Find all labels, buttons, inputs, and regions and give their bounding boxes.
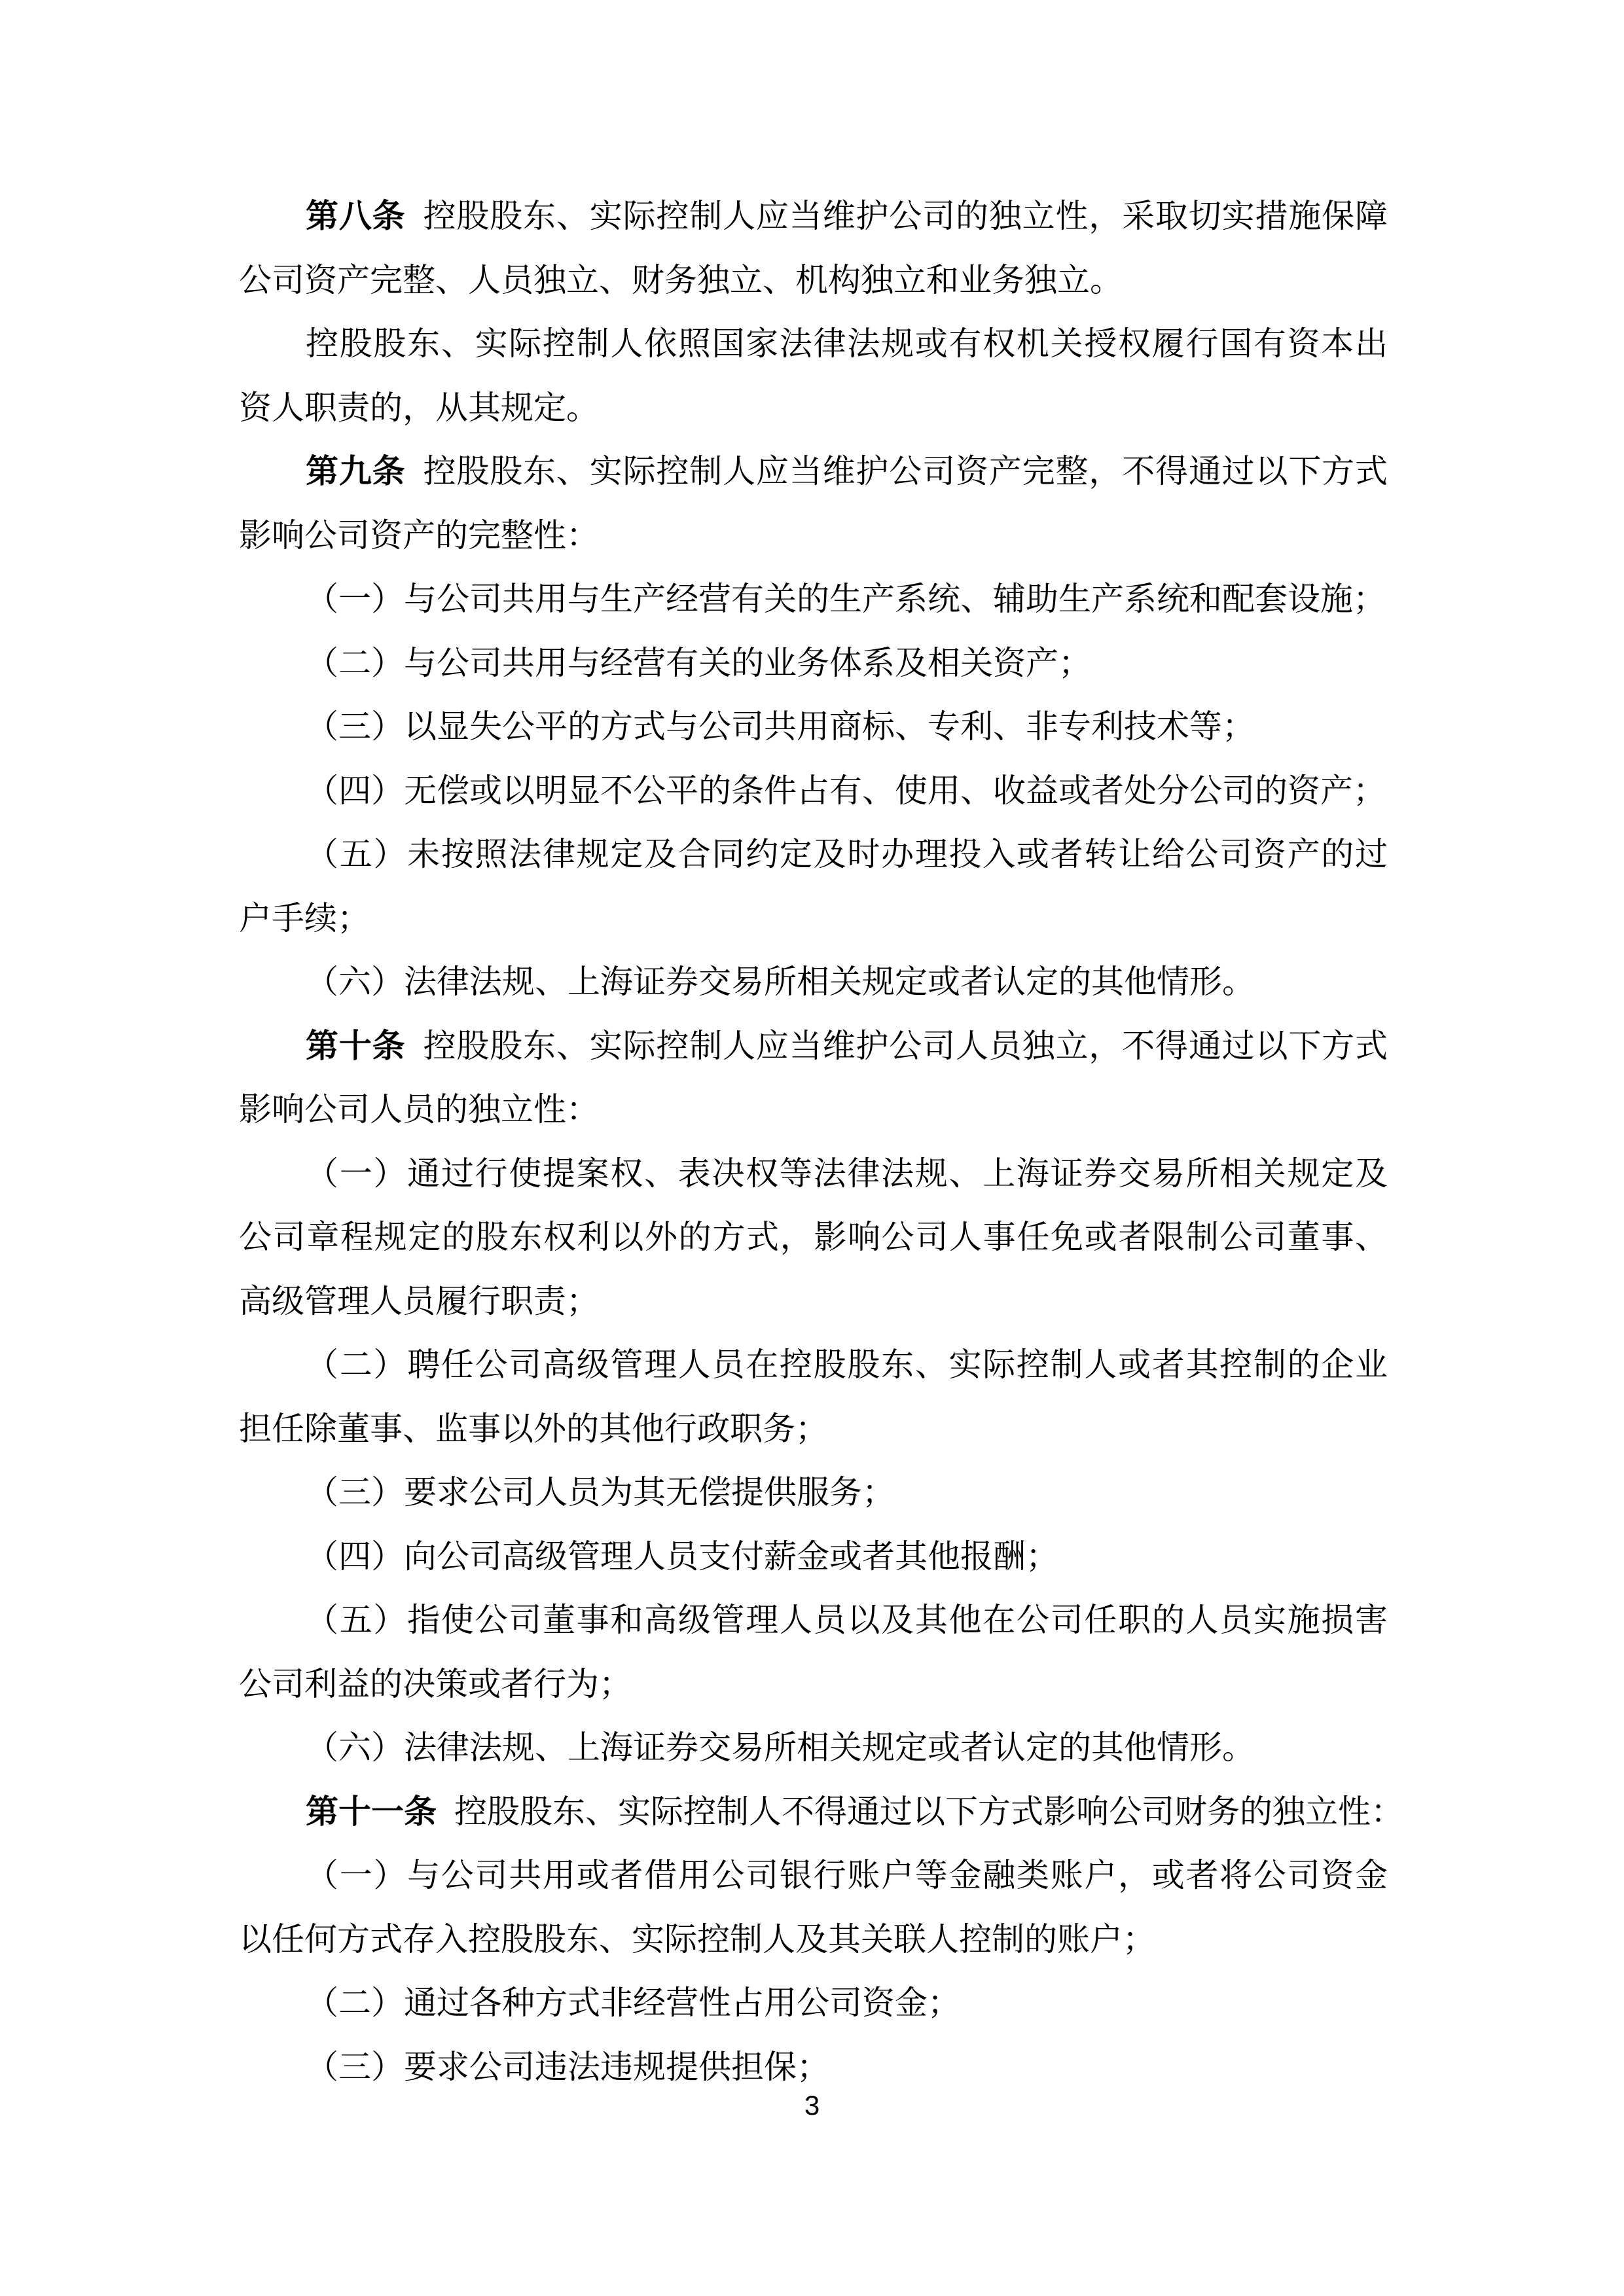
text-line: 公司章程规定的股东权利以外的方式，影响公司人事任免或者限制公司董事、 <box>239 1206 1388 1270</box>
text-line: （五）未按照法律规定及合同约定及时办理投入或者转让给公司资产的过 <box>239 823 1388 887</box>
text-line-content: （六）法律法规、上海证券交易所相关规定或者认定的其他情形。 <box>306 963 1255 1000</box>
document-page: 第八条控股股东、实际控制人应当维护公司的独立性，采取切实措施保障公司资产完整、人… <box>0 0 1624 2296</box>
text-line-content: （一）与公司共用与生产经营有关的生产系统、辅助生产系统和配套设施； <box>306 581 1386 617</box>
text-line-content: 控股股东、实际控制人应当维护公司人员独立，不得通过以下方式 <box>424 1028 1388 1064</box>
text-line-content: 公司利益的决策或者行为； <box>239 1666 632 1702</box>
text-line-content: 以任何方式存入控股股东、实际控制人及其关联人控制的账户； <box>239 1921 1155 1958</box>
text-line: 担任除董事、监事以外的其他行政职务； <box>239 1397 1388 1462</box>
text-line-content: （四）向公司高级管理人员支付薪金或者其他报酬； <box>306 1538 1058 1575</box>
text-line-content: 影响公司资产的完整性： <box>239 517 599 554</box>
text-line-content: （五）指使公司董事和高级管理人员以及其他在公司任职的人员实施损害 <box>306 1602 1388 1638</box>
text-line-content: （二）聘任公司高级管理人员在控股股东、实际控制人或者其控制的企业 <box>306 1346 1388 1383</box>
text-line: （一）与公司共用与生产经营有关的生产系统、辅助生产系统和配套设施； <box>239 567 1388 632</box>
article-number: 第十一条 <box>306 1793 437 1830</box>
text-line: 影响公司人员的独立性： <box>239 1078 1388 1142</box>
text-line: 影响公司资产的完整性： <box>239 504 1388 568</box>
text-line: 控股股东、实际控制人依照国家法律法规或有权机关授权履行国有资本出 <box>239 312 1388 376</box>
text-line: （三）以显失公平的方式与公司共用商标、专利、非专利技术等； <box>239 695 1388 759</box>
text-line-content: 控股股东、实际控制人不得通过以下方式影响公司财务的独立性： <box>454 1793 1403 1830</box>
text-line: 第十一条控股股东、实际控制人不得通过以下方式影响公司财务的独立性： <box>239 1780 1388 1844</box>
text-line-content: （二）通过各种方式非经营性占用公司资金； <box>306 1984 960 2021</box>
text-line-content: （三）要求公司人员为其无偿提供服务； <box>306 1474 895 1511</box>
text-line: 第八条控股股东、实际控制人应当维护公司的独立性，采取切实措施保障 <box>239 185 1388 249</box>
text-line-content: （二）与公司共用与经营有关的业务体系及相关资产； <box>306 645 1091 681</box>
text-line-content: 高级管理人员履行职责； <box>239 1283 599 1319</box>
text-line: 第九条控股股东、实际控制人应当维护公司资产完整，不得通过以下方式 <box>239 440 1388 504</box>
text-line: （五）指使公司董事和高级管理人员以及其他在公司任职的人员实施损害 <box>239 1588 1388 1653</box>
document-body: 第八条控股股东、实际控制人应当维护公司的独立性，采取切实措施保障公司资产完整、人… <box>239 185 1388 2099</box>
text-line-content: 控股股东、实际控制人应当维护公司资产完整，不得通过以下方式 <box>424 453 1388 490</box>
text-line: （六）法律法规、上海证券交易所相关规定或者认定的其他情形。 <box>239 950 1388 1014</box>
text-line: 资人职责的，从其规定。 <box>239 376 1388 440</box>
text-line-content: （一）通过行使提案权、表决权等法律法规、上海证券交易所相关规定及 <box>306 1155 1388 1192</box>
text-line-content: 影响公司人员的独立性： <box>239 1091 599 1128</box>
text-line: （四）无偿或以明显不公平的条件占有、使用、收益或者处分公司的资产； <box>239 759 1388 823</box>
text-line: （二）与公司共用与经营有关的业务体系及相关资产； <box>239 632 1388 696</box>
article-number: 第十条 <box>306 1028 406 1064</box>
text-line: 以任何方式存入控股股东、实际控制人及其关联人控制的账户； <box>239 1908 1388 1972</box>
text-line: （一）通过行使提案权、表决权等法律法规、上海证券交易所相关规定及 <box>239 1142 1388 1206</box>
text-line: 第十条控股股东、实际控制人应当维护公司人员独立，不得通过以下方式 <box>239 1014 1388 1079</box>
text-line-content: （三）以显失公平的方式与公司共用商标、专利、非专利技术等； <box>306 708 1255 745</box>
text-line: （一）与公司共用或者借用公司银行账户等金融类账户，或者将公司资金 <box>239 1844 1388 1908</box>
page-number: 3 <box>0 2092 1624 2119</box>
text-line-content: 公司章程规定的股东权利以外的方式，影响公司人事任免或者限制公司董事、 <box>239 1219 1388 1255</box>
text-line-content: （一）与公司共用或者借用公司银行账户等金融类账户，或者将公司资金 <box>306 1857 1388 1893</box>
text-line: （二）通过各种方式非经营性占用公司资金； <box>239 1971 1388 2036</box>
text-line: （二）聘任公司高级管理人员在控股股东、实际控制人或者其控制的企业 <box>239 1333 1388 1397</box>
text-line-content: （五）未按照法律规定及合同约定及时办理投入或者转让给公司资产的过 <box>306 836 1388 872</box>
text-line-content: （六）法律法规、上海证券交易所相关规定或者认定的其他情形。 <box>306 1729 1255 1766</box>
text-line-content: 户手续； <box>239 900 370 937</box>
text-line-content: 担任除董事、监事以外的其他行政职务； <box>239 1410 828 1447</box>
text-line: （六）法律法规、上海证券交易所相关规定或者认定的其他情形。 <box>239 1716 1388 1780</box>
text-line: （四）向公司高级管理人员支付薪金或者其他报酬； <box>239 1525 1388 1589</box>
text-line: 户手续； <box>239 887 1388 951</box>
text-line-content: 控股股东、实际控制人依照国家法律法规或有权机关授权履行国有资本出 <box>306 325 1388 362</box>
text-line: 公司利益的决策或者行为； <box>239 1653 1388 1717</box>
text-line: （三）要求公司人员为其无偿提供服务； <box>239 1461 1388 1525</box>
text-line-content: 控股股东、实际控制人应当维护公司的独立性，采取切实措施保障 <box>424 198 1388 234</box>
text-line-content: （三）要求公司违法违规提供担保； <box>306 2049 829 2085</box>
article-number: 第九条 <box>306 453 406 490</box>
article-number: 第八条 <box>306 198 406 234</box>
text-line-content: 资人职责的，从其规定。 <box>239 389 599 426</box>
text-line-content: 公司资产完整、人员独立、财务独立、机构独立和业务独立。 <box>239 262 1123 298</box>
text-line: 公司资产完整、人员独立、财务独立、机构独立和业务独立。 <box>239 249 1388 313</box>
text-line: 高级管理人员履行职责； <box>239 1270 1388 1334</box>
text-line-content: （四）无偿或以明显不公平的条件占有、使用、收益或者处分公司的资产； <box>306 772 1386 809</box>
